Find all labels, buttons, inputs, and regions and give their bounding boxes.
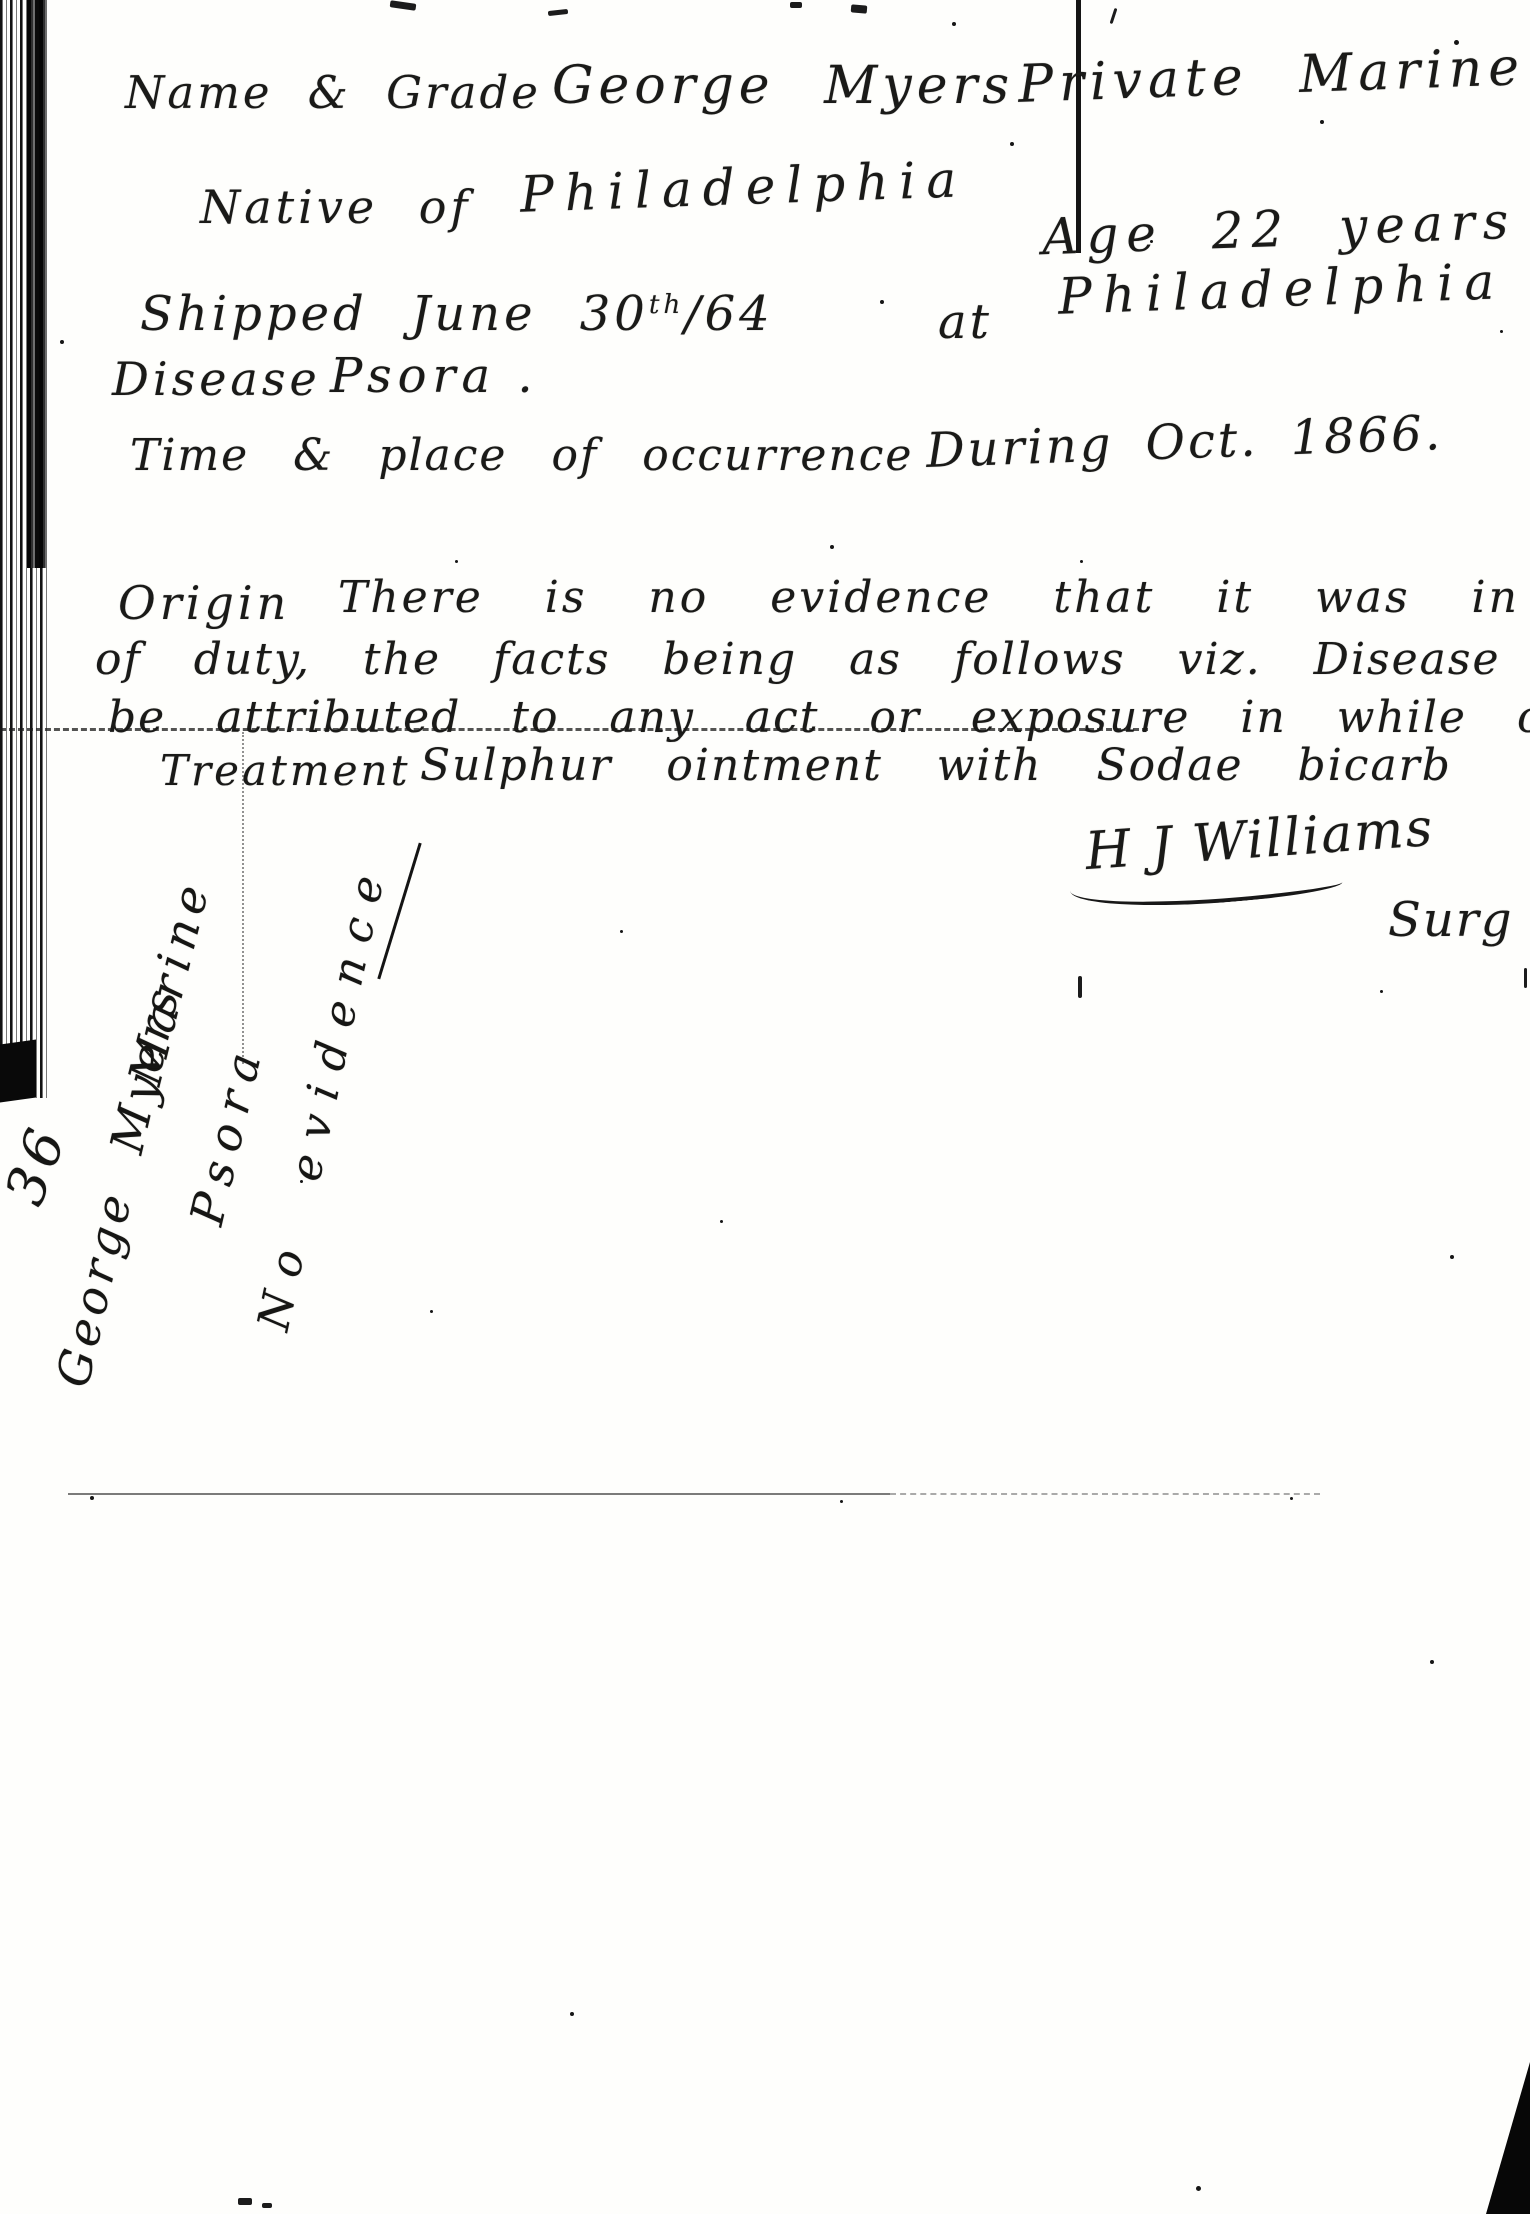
- scanned-medical-record-page: Name & Grade George Myers Private Marine…: [0, 0, 1530, 2214]
- edge-mark: [1524, 968, 1527, 988]
- surgeon-title: Surg: [1388, 892, 1513, 948]
- bottom-right-corner-shadow: [1486, 2062, 1530, 2214]
- disease-value: Psora .: [330, 348, 539, 404]
- speck: [620, 930, 623, 933]
- native-of-label: Native of: [200, 180, 471, 234]
- origin-label: Origin: [118, 576, 290, 630]
- horizontal-fold-line-lower-solid: [68, 1493, 890, 1495]
- speck: [840, 1500, 843, 1503]
- speck: [570, 2012, 574, 2016]
- book-spine-foot-mark: [0, 1039, 36, 1102]
- speck: [1320, 120, 1324, 124]
- speck: [1450, 1255, 1454, 1259]
- speck: [1196, 2186, 1201, 2191]
- top-edge-mark: [851, 4, 868, 13]
- speck: [300, 1180, 303, 1183]
- speck: [1454, 40, 1459, 45]
- speck: [1080, 560, 1083, 563]
- top-edge-mark: [390, 0, 417, 11]
- native-of-value: Philadelphia: [519, 150, 968, 224]
- docket-disease: Psora: [179, 1037, 273, 1230]
- speck: [952, 22, 956, 26]
- patient-grade: Private Marine: [1017, 37, 1526, 115]
- speck: [880, 300, 884, 304]
- shipped-label: Shipped: [140, 286, 368, 342]
- name-grade-label: Name & Grade: [125, 66, 541, 119]
- speck: [60, 340, 64, 344]
- book-spine-inner-bar: [27, 0, 47, 568]
- speck: [1290, 1497, 1293, 1500]
- speck: [1150, 240, 1153, 243]
- docket-case-number: 36: [0, 1116, 80, 1213]
- disease-label: Disease: [112, 352, 321, 406]
- speck: [455, 560, 458, 563]
- speck: [430, 1310, 433, 1313]
- edge-mark: [1110, 8, 1118, 24]
- speck: [720, 1220, 723, 1223]
- treatment-label: Treatment: [160, 746, 410, 795]
- treatment-value: Sulphur ointment with Sodae bicarb: [420, 740, 1452, 791]
- docket-finding: No evidence: [248, 856, 398, 1335]
- horizontal-fold-line-lower-dashed: [890, 1493, 1320, 1495]
- speck: [90, 1496, 94, 1500]
- speck: [830, 545, 834, 549]
- speck: [1010, 142, 1014, 146]
- origin-line1: There is no evidence that it was in li: [338, 572, 1530, 623]
- shipped-line: Shipped June 30th/64: [140, 286, 774, 342]
- shipped-date: June 30: [411, 286, 649, 342]
- speck: [1500, 330, 1503, 333]
- time-place-label: Time & place of occurrence: [130, 430, 913, 481]
- edge-mark: [1078, 976, 1082, 998]
- shipped-date-year: /64: [684, 286, 773, 342]
- speck: [1430, 1660, 1434, 1664]
- bottom-edge-mark: [262, 2203, 272, 2208]
- shipped-date-superscript: th: [649, 289, 685, 320]
- top-edge-mark: [548, 9, 568, 16]
- origin-line3: be attributed to any act or exposure in …: [108, 692, 1530, 743]
- docket-grade: Marine: [118, 873, 221, 1090]
- top-edge-mark: [790, 2, 802, 8]
- shipped-at-label: at: [938, 294, 992, 350]
- origin-line2: of duty, the facts being as follows viz.…: [95, 634, 1530, 685]
- speck: [1380, 990, 1383, 993]
- patient-name: George Myers: [552, 56, 1014, 116]
- bottom-edge-mark: [238, 2198, 252, 2205]
- time-place-value: During Oct. 1866.: [925, 405, 1444, 479]
